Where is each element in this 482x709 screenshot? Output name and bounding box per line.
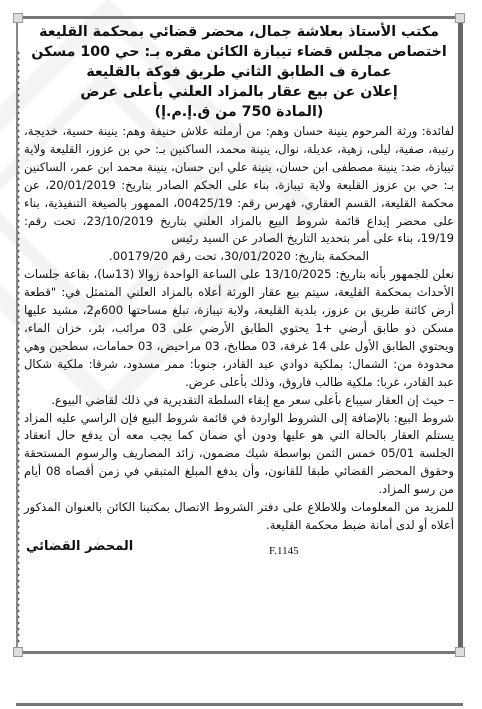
announcement-paragraph: نعلن للجمهور بأنه بتاريخ: 13/10/2025 على… — [24, 266, 454, 391]
parties-paragraph-end: المحكمة بتاريخ: 30/01/2020، تحت رقم 0017… — [24, 248, 454, 266]
notice-footer: المحضر القضائي F.1145 — [24, 539, 454, 567]
notice-title: إعلان عن بيع عقار بالمزاد العلني بأعلى ع… — [24, 82, 454, 102]
notice-content: مكتب الأستاذ بعلاشة جمال، محضر قضائي بمح… — [24, 22, 454, 567]
office-address: عمارة ف الطابق الثاني طريق فوكة بالقليعة — [24, 62, 454, 82]
contact-paragraph: للمزيد من المعلومات وللاطلاع على دفتر ال… — [24, 499, 454, 535]
frame-corner-top-right — [455, 13, 465, 23]
office-title: مكتب الأستاذ بعلاشة جمال، محضر قضائي بمح… — [24, 22, 454, 42]
frame-corner-bottom-right — [455, 647, 465, 657]
frame-corner-top-left — [13, 13, 23, 23]
notice-header: مكتب الأستاذ بعلاشة جمال، محضر قضائي بمح… — [24, 22, 454, 122]
signature: المحضر القضائي — [26, 539, 133, 554]
frame-corner-bottom-left — [13, 647, 23, 657]
reference-number: F.1145 — [269, 545, 299, 557]
notice-body: لفائدة: ورثة المرحوم ينينة حسان وهم: من … — [24, 123, 454, 535]
parties-paragraph: لفائدة: ورثة المرحوم ينينة حسان وهم: من … — [24, 123, 454, 248]
price-note-paragraph: – حيث إن العقار سيباع بأعلى سعر مع إبقاء… — [24, 392, 454, 410]
sale-conditions-paragraph: شروط البيع: بالإضافة إلى الشروط الواردة … — [24, 410, 454, 500]
legal-article: (المادة 750 من ق.إ.م.إ) — [24, 102, 454, 122]
next-notice-frame-top — [16, 703, 463, 706]
office-jurisdiction: اختصاص مجلس قضاء تيبازة الكائن مقره بـ: … — [24, 42, 454, 62]
